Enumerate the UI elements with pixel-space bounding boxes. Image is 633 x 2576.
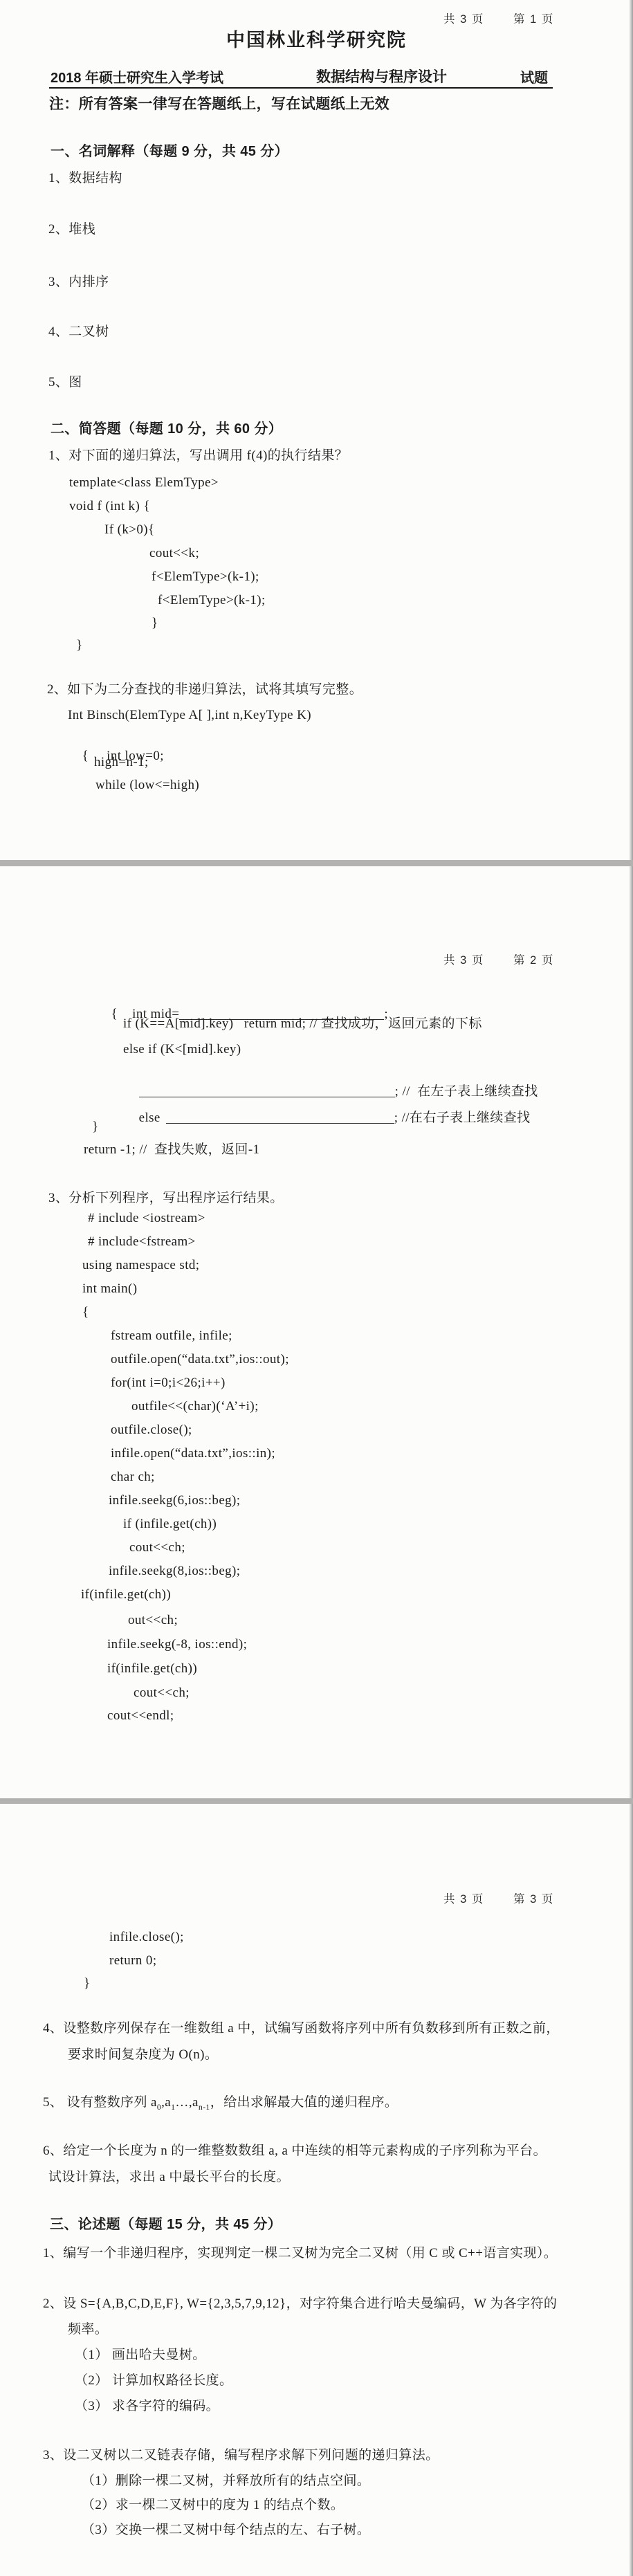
code-line: if (infile.get(ch)) — [123, 1516, 217, 1533]
code-line: # include<fstream> — [88, 1234, 196, 1250]
comment-text: ; //在右子表上继续查找 — [394, 1111, 531, 1125]
term-item-2: 2、堆栈 — [48, 221, 95, 238]
essay-2-subitem-1: （1） 画出哈夫曼树。 — [75, 2347, 206, 2364]
term-item-4: 4、二叉树 — [48, 324, 109, 340]
question-3-text: 3、分析下列程序，写出程序运行结果。 — [48, 1190, 284, 1207]
page-count-label: 共 3 页 — [443, 952, 484, 969]
q5-subscript: n-1 — [199, 2103, 210, 2112]
code-line: # include <iostream> — [88, 1210, 205, 1227]
exam-session: 2018 年硕士研究生入学考试 — [51, 66, 223, 86]
page-3: 共 3 页 第 3 页 infile.close(); return 0; } … — [0, 1804, 633, 2576]
essay-3-subitem-2: （2）求一棵二叉树中的度为 1 的结点个数。 — [82, 2497, 344, 2514]
fill-blank — [166, 1110, 394, 1124]
question-6-text: 6、给定一个长度为 n 的一维整数数组 a, a 中连续的相等元素构成的子序列称… — [43, 2143, 547, 2159]
scan-edge-shadow — [629, 0, 633, 860]
term-item-1: 1、数据结构 — [48, 170, 122, 187]
code-line: else if (K<[mid].key) — [123, 1041, 241, 1058]
code-line: outfile.close(); — [111, 1422, 192, 1438]
page-number-label: 第 2 页 — [513, 952, 554, 969]
code-line: } — [76, 637, 83, 654]
essay-3-text: 3、设二叉树以二叉链表存储，编写程序求解下列问题的递归算法。 — [43, 2447, 439, 2464]
question-4-text-cont: 要求时间复杂度为 O(n)。 — [68, 2047, 218, 2063]
code-line: cout<<ch; — [134, 1685, 190, 1701]
code-line: for(int i=0;i<26;i++) — [111, 1375, 226, 1391]
question-4-text: 4、设整数序列保存在一维数组 a 中，试编写函数将序列中所有负数移到所有正数之前… — [43, 2020, 560, 2037]
code-line: } — [92, 1119, 99, 1135]
question-5-text: 5、 设有整数序列 a0,a1…,an-1，给出求解最大值的递归程序。 — [43, 2094, 398, 2116]
code-line-fill-right: else; //在右子表上继续查找 — [125, 1093, 531, 1143]
code-line: void f (int k) { — [69, 498, 150, 515]
code-line: infile.seekg(8,ios::beg); — [109, 1563, 240, 1580]
section-3-heading: 三、论述题（每题 15 分，共 45 分） — [50, 2216, 282, 2233]
code-line: outfile.open(“data.txt”,ios::out); — [111, 1351, 289, 1368]
code-line: cout<<endl; — [107, 1708, 174, 1724]
q5-segment: ，给出求解最大值的递归程序。 — [210, 2095, 398, 2110]
open-brace: { — [111, 1007, 118, 1021]
code-line: Int Binsch(ElemType A[ ],int n,KeyType K… — [68, 707, 311, 724]
institution-title: 中国林业科学研究院 — [0, 32, 633, 48]
page-count-label: 共 3 页 — [443, 1891, 484, 1908]
code-line: template<class ElemType> — [69, 475, 219, 491]
else-keyword: else — [139, 1111, 160, 1125]
exam-title-line: 2018 年硕士研究生入学考试 数据结构与程序设计 试题 — [49, 68, 553, 89]
code-line: infile.seekg(6,ios::beg); — [109, 1492, 240, 1509]
code-line: infile.open(“data.txt”,ios::in); — [111, 1445, 275, 1462]
essay-2-text-cont: 频率。 — [68, 2321, 108, 2338]
code-line: out<<ch; — [128, 1612, 178, 1629]
question-1-text: 1、对下面的递归算法，写出调用 f(4)的执行结果？ — [48, 448, 348, 464]
exam-type-label: 试题 — [520, 66, 548, 86]
exam-subject: 数据结构与程序设计 — [316, 66, 447, 86]
page-number-label: 第 3 页 — [513, 1891, 554, 1908]
scan-edge-shadow — [629, 866, 633, 1798]
code-line: fstream outfile, infile; — [111, 1328, 232, 1344]
essay-3-subitem-3: （3）交换一棵二叉树中每个结点的左、右子树。 — [82, 2522, 370, 2539]
code-line: using namespace std; — [82, 1257, 199, 1274]
code-line: { — [82, 1304, 89, 1321]
essay-2-subitem-2: （2） 计算加权路径长度。 — [75, 2373, 232, 2389]
code-line: while (low<=high) — [95, 777, 199, 794]
scanned-exam-paper: { "p1": { "header": {"total": "共 3 页", "… — [0, 0, 633, 2576]
code-line: high=n-1; — [94, 754, 149, 771]
code-line: char ch; — [111, 1469, 155, 1486]
essay-2-text: 2、设 S={A,B,C,D,E,F}, W={2,3,5,7,9,12}，对字… — [43, 2296, 557, 2312]
code-line: int main() — [82, 1281, 137, 1297]
code-line: outfile<<(char)(‘A’+i); — [131, 1398, 259, 1415]
term-item-5: 5、图 — [48, 374, 82, 391]
page-number-label: 第 1 页 — [513, 11, 554, 28]
q5-segment: 5、 设有整数序列 a — [43, 2095, 157, 2110]
essay-1-text: 1、编写一个非递归程序，实现判定一棵二叉树为完全二叉树（用 C 或 C++语言实… — [43, 2245, 557, 2262]
code-line: if(infile.get(ch)) — [81, 1587, 171, 1603]
page-1: 共 3 页 第 1 页 中国林业科学研究院 2018 年硕士研究生入学考试 数据… — [0, 0, 633, 860]
code-line: f<ElemType>(k-1); — [152, 569, 259, 585]
term-item-3: 3、内排序 — [48, 274, 109, 291]
essay-2-subitem-3: （3） 求各字符的编码。 — [75, 2398, 219, 2415]
code-line: infile.close(); — [109, 1929, 184, 1946]
open-brace: { — [82, 749, 89, 763]
code-line: return -1; // 查找失败，返回-1 — [84, 1142, 259, 1158]
code-line: return 0; — [109, 1953, 157, 1969]
section-2-heading: 二、简答题（每题 10 分，共 60 分） — [51, 421, 282, 437]
scan-edge-shadow — [629, 1804, 633, 2576]
code-line: } — [152, 615, 158, 632]
code-line: f<ElemType>(k-1); — [158, 592, 266, 609]
answer-sheet-note: 注：所有答案一律写在答题纸上，写在试题纸上无效 — [49, 96, 389, 113]
page-count-label: 共 3 页 — [443, 11, 484, 28]
code-line: if (K==A[mid].key) return mid; // 查找成功，返… — [123, 1016, 482, 1032]
page-2: 共 3 页 第 2 页 {int mid=; if (K==A[mid].key… — [0, 866, 633, 1798]
question-6-text-cont: 试设计算法，求出 a 中最长平台的长度。 — [48, 2169, 290, 2186]
code-line: } — [84, 1975, 91, 1992]
question-2-text: 2、如下为二分查找的非递归算法，试将其填写完整。 — [47, 682, 363, 698]
code-line: cout<<k; — [149, 545, 199, 562]
code-line: If (k>0){ — [104, 522, 155, 538]
section-1-heading: 一、名词解释（每题 9 分，共 45 分） — [51, 143, 288, 160]
code-line: if(infile.get(ch)) — [107, 1661, 197, 1677]
code-line: infile.seekg(-8, ios::end); — [107, 1636, 247, 1653]
q5-segment: ,a — [161, 2095, 171, 2110]
essay-3-subitem-1: （1）删除一棵二叉树，并释放所有的结点空间。 — [82, 2473, 370, 2490]
code-line: cout<<ch; — [129, 1540, 185, 1556]
q5-segment: …,a — [175, 2095, 198, 2110]
